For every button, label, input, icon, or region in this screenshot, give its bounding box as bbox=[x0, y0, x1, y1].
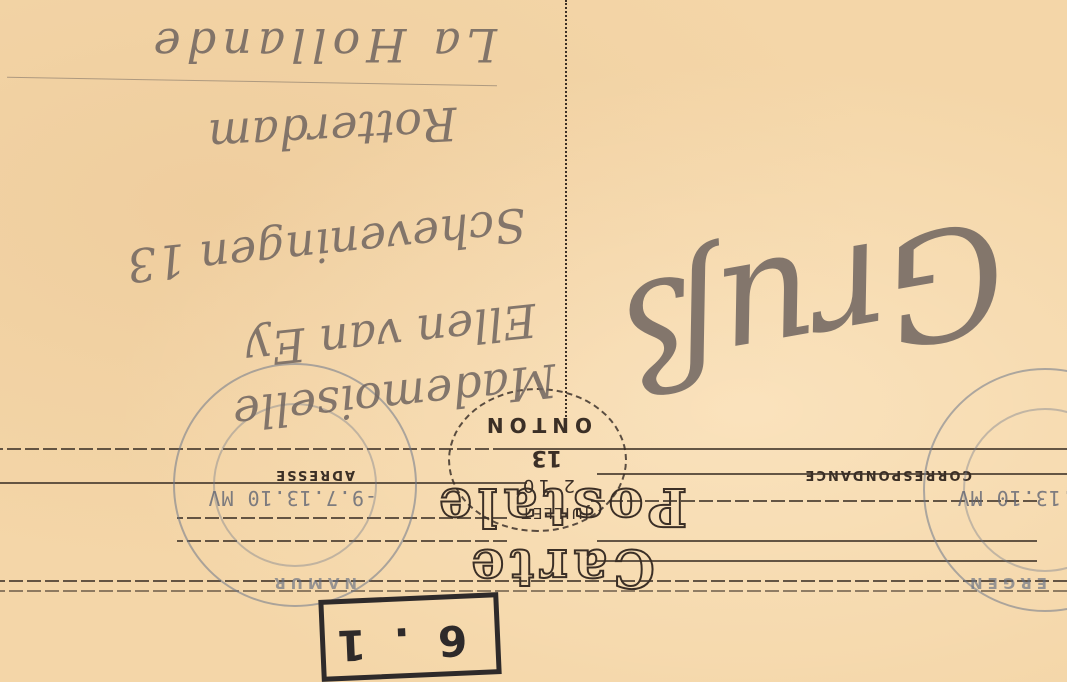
address-line: La Hollande bbox=[147, 18, 497, 72]
black-postmark-ring-text: ONTON bbox=[481, 413, 592, 437]
postmark-date: -9.7.13.10 MV bbox=[207, 486, 377, 510]
postmark-date: 7.13.10 MV bbox=[957, 486, 1067, 510]
postmark-ring-text: NAMUR bbox=[269, 574, 357, 592]
center-divider bbox=[557, 0, 567, 432]
address-line: Scheveningen 13 bbox=[125, 197, 529, 293]
postmark-ring-text: ERGEN bbox=[965, 574, 1047, 592]
box-stamp: 6.1 bbox=[318, 592, 501, 682]
black-postmark-year: 2 10 bbox=[519, 475, 575, 496]
box-stamp-text: 6.1 bbox=[308, 616, 468, 672]
black-postmark-month: JUILLET bbox=[520, 504, 589, 522]
correspondence-note: Gruß bbox=[606, 186, 1019, 425]
pencil-underline bbox=[7, 77, 497, 87]
postcard-back: Carte Postale CORRESPONDANCE ADRESSE -9.… bbox=[0, 0, 1067, 682]
address-line: Rotterdam bbox=[207, 97, 459, 164]
black-postmark-day: 13 bbox=[531, 445, 562, 470]
